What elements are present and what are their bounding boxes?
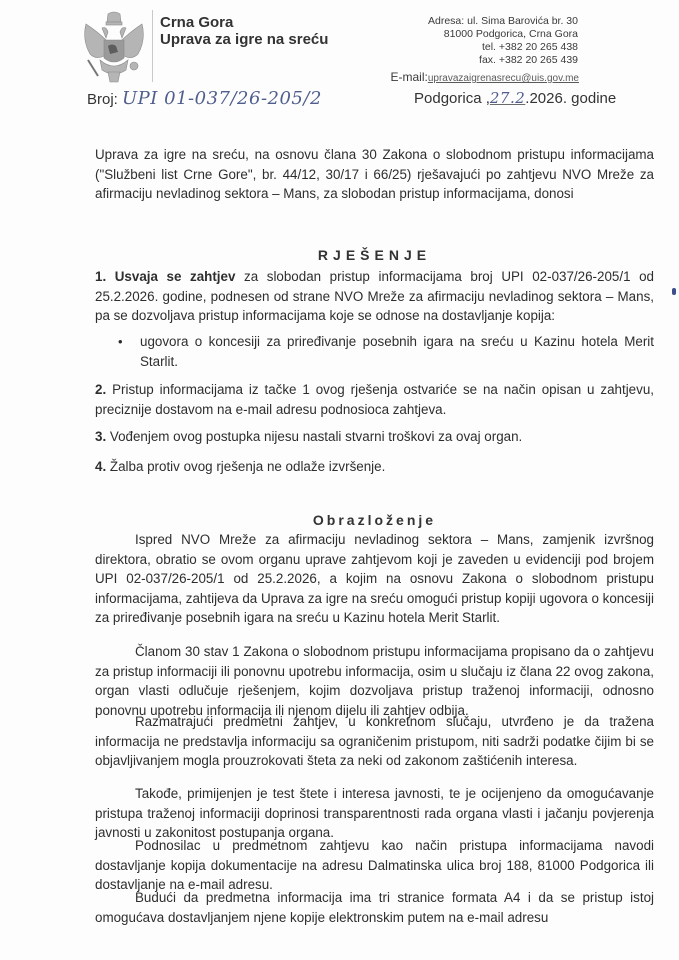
reasoning-paragraph-4: Takođe, primijenjen je test štete i inte… (95, 784, 654, 843)
date-suffix: .2026. godine (525, 90, 616, 107)
reasoning-paragraph-5: Podnosilac u predmetnom zahtjevu kao nač… (95, 836, 654, 895)
place-label: Podgorica , (414, 90, 490, 107)
decision-item-4: 4. Žalba protiv ovog rješenja ne odlaže … (95, 457, 654, 477)
broj-label: Broj: (87, 91, 118, 108)
decision-item-4-text: Žalba protiv ovog rješenja ne odlaže izv… (106, 459, 385, 474)
fax: fax. +382 20 265 439 (479, 52, 578, 68)
email-line: E-mail:upravazaigrenasrecu@uis.gov.me (391, 70, 580, 84)
reasoning-paragraph-3: Razmatrajući predmetni zahtjev, u konkre… (95, 712, 654, 771)
decision-item-1-lead: 1. Usvaja se zahtjev (95, 269, 235, 284)
decision-item-2-num: 2. (95, 382, 106, 397)
reasoning-paragraph-1: Ispred NVO Mreže za afirmaciju nevladino… (95, 530, 654, 628)
decision-item-3: 3. Vođenjem ovog postupka nijesu nastali… (95, 427, 654, 447)
reasoning-title: Obrazloženje (95, 512, 654, 528)
reference-number: Broj: UPI 01-037/26-205/2 (87, 88, 322, 109)
decision-item-3-num: 3. (95, 429, 106, 444)
country-name: Crna Gora (160, 14, 233, 31)
email-link[interactable]: upravazaigrenasrecu@uis.gov.me (428, 73, 579, 84)
decision-item-3-text: Vođenjem ovog postupka nijesu nastali st… (106, 429, 522, 444)
decision-item-2-text: Pristup informacijama iz tačke 1 ovog rj… (95, 382, 654, 417)
intro-paragraph: Uprava za igre na sreću, na osnovu člana… (95, 145, 654, 204)
decision-title: RJEŠENJE (95, 247, 654, 263)
scan-mark (672, 288, 676, 295)
header-divider (152, 10, 153, 82)
bullet-item-1: ugovora o koncesiji za priređivanje pose… (140, 332, 654, 371)
place-date: Podgorica ,27.2.2026. godine (414, 89, 616, 107)
decision-item-1: 1. Usvaja se zahtjev za slobodan pristup… (95, 267, 654, 326)
decision-item-4-num: 4. (95, 459, 106, 474)
reasoning-paragraph-6: Budući da predmetna informacija ima tri … (95, 888, 654, 927)
handwritten-date: 27.2 (490, 89, 525, 107)
bullet-icon: • (118, 334, 123, 349)
handwritten-reference: UPI 01-037/26-205/2 (122, 88, 322, 109)
decision-item-2: 2. Pristup informacijama iz tačke 1 ovog… (95, 380, 654, 419)
email-label: E-mail: (391, 70, 428, 84)
montenegro-coat-of-arms-icon (80, 10, 148, 84)
agency-name: Uprava za igre na sreću (160, 31, 328, 48)
reasoning-paragraph-2: Članom 30 stav 1 Zakona o slobodnom pris… (95, 642, 654, 720)
